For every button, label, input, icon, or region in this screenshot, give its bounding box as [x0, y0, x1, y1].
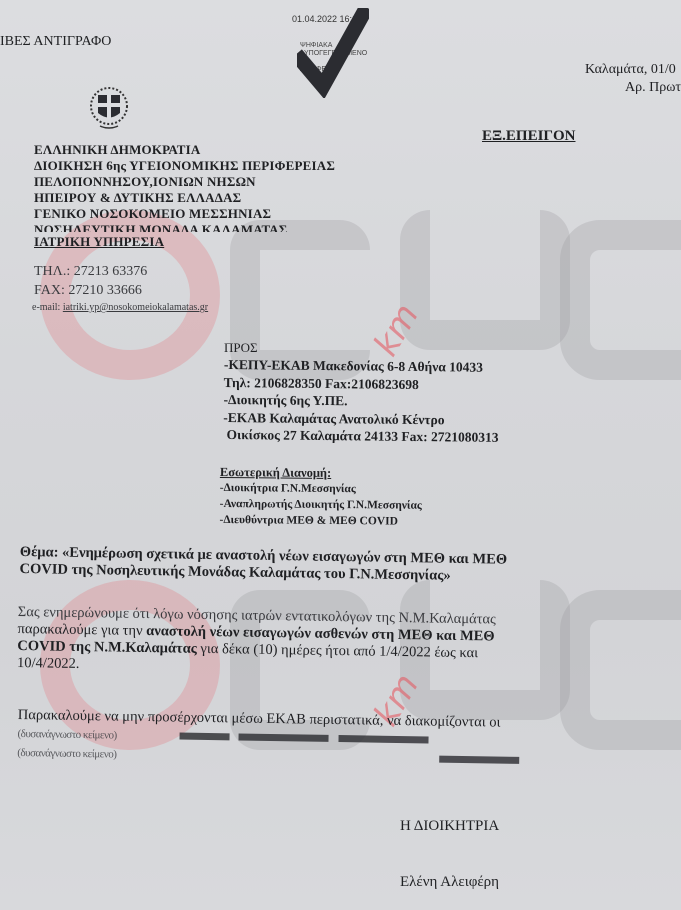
place-date: Καλαμάτα, 01/0 [585, 62, 676, 78]
recipient-line: Οικίσκος 27 Καλαμάτα 24133 Fax: 27210803… [223, 426, 499, 446]
paragraph-2: Παρακαλούμε να μην προσέρχονται μέσω ΕΚΑ… [17, 706, 520, 770]
internal-distribution-heading: Εσωτερική Διανομή: [220, 464, 422, 482]
email-label: e-mail: [32, 302, 60, 313]
sender-phone: ΤΗΛ.: 27213 63376 [34, 262, 147, 281]
sender-line: ΓΕΝΙΚΟ ΝΟΣΟΚΟΜΕΙΟ ΜΕΣΣΗΝΙΑΣ [34, 206, 335, 222]
distribution-line: -Διευθύντρια ΜΕΘ & ΜΕΘ COVID [219, 512, 421, 530]
sender-service: ΙΑΤΡΙΚΗ ΥΠΗΡΕΣΙΑ [34, 234, 335, 250]
sender-contacts: ΤΗΛ.: 27213 63376 FAX: 27210 33666 [34, 262, 147, 300]
sender-block: ΕΛΛΗΝΙΚΗ ΔΗΜΟΚΡΑΤΙΑ ΔΙΟΙΚΗΣΗ 6ης ΥΓΕΙΟΝΟ… [34, 142, 335, 250]
urgency-label: ΕΞ.ΕΠΕΙΓΟΝ [482, 128, 575, 145]
recipient-line: -ΚΕΠΥ-ΕΚΑΒ Μακεδονίας 6-8 Αθήνα 10433 [224, 356, 500, 376]
copy-label: ΙΒΕΣ ΑΝΤΙΓΡΑΦΟ [0, 34, 111, 50]
greek-coat-of-arms-icon [88, 86, 130, 130]
distribution-line: -Αναπληρωτής Διοικητής Γ.Ν.Μεσσηνίας [220, 496, 422, 514]
sender-line: ΗΠΕΙΡΟΥ & ΔΥΤΙΚΗΣ ΕΛΛΑΔΑΣ [34, 190, 335, 206]
recipients-heading: ΠΡΟΣ [224, 340, 258, 356]
distribution-line: -Διοικήτρια Γ.Ν.Μεσσηνίας [220, 480, 422, 498]
checkmark-signature-icon [297, 8, 369, 98]
subject-block: Θέμα: «Ενημέρωση σχετικά με αναστολή νέω… [19, 544, 507, 586]
subject-label: Θέμα: [20, 544, 59, 561]
recipient-line: -Διοικητής 6ης Υ.ΠΕ. [223, 391, 499, 411]
internal-distribution: Εσωτερική Διανομή: -Διοικήτρια Γ.Ν.Μεσση… [219, 464, 422, 530]
scanned-document-page: km km ΙΒΕΣ ΑΝΤΙΓΡΑΦΟ 01.04.2022 16:15 ΨΗ… [0, 0, 681, 910]
signature-title: Η ΔΙΟΙΚΗΤΡΙΑ [400, 818, 499, 835]
sender-line: ΔΙΟΙΚΗΣΗ 6ης ΥΓΕΙΟΝΟΜΙΚΗΣ ΠΕΡΙΦΕΡΕΙΑΣ [34, 158, 335, 174]
paragraph-1: Σας ενημερώνουμε ότι λόγω νόσησης ιατρών… [17, 604, 496, 679]
sender-line: ΝΟΣΗΛΕΥΤΙΚΗ ΜΟΝΑΔΑ ΚΑΛΑΜΑΤΑΣ [34, 222, 335, 232]
sender-fax: FAX: 27210 33666 [34, 281, 147, 300]
sender-email-row: e-mail: iatriki.yp@nosokomeiokalamatas.g… [32, 302, 208, 313]
protocol-number: Αρ. Πρωτ [625, 80, 681, 96]
watermark-km: km [366, 297, 427, 363]
recipients-list: -ΚΕΠΥ-ΕΚΑΒ Μακεδονίας 6-8 Αθήνα 10433 Τη… [223, 356, 499, 446]
sender-line: ΕΛΛΗΝΙΚΗ ΔΗΜΟΚΡΑΤΙΑ [34, 142, 335, 158]
sender-email-link[interactable]: iatriki.yp@nosokomeiokalamatas.gr [63, 302, 208, 313]
signature-name: Ελένη Αλειφέρη [400, 874, 499, 891]
sender-line: ΠΕΛΟΠΟΝΝΗΣΟΥ,ΙΟΝΙΩΝ ΝΗΣΩΝ [34, 174, 335, 190]
